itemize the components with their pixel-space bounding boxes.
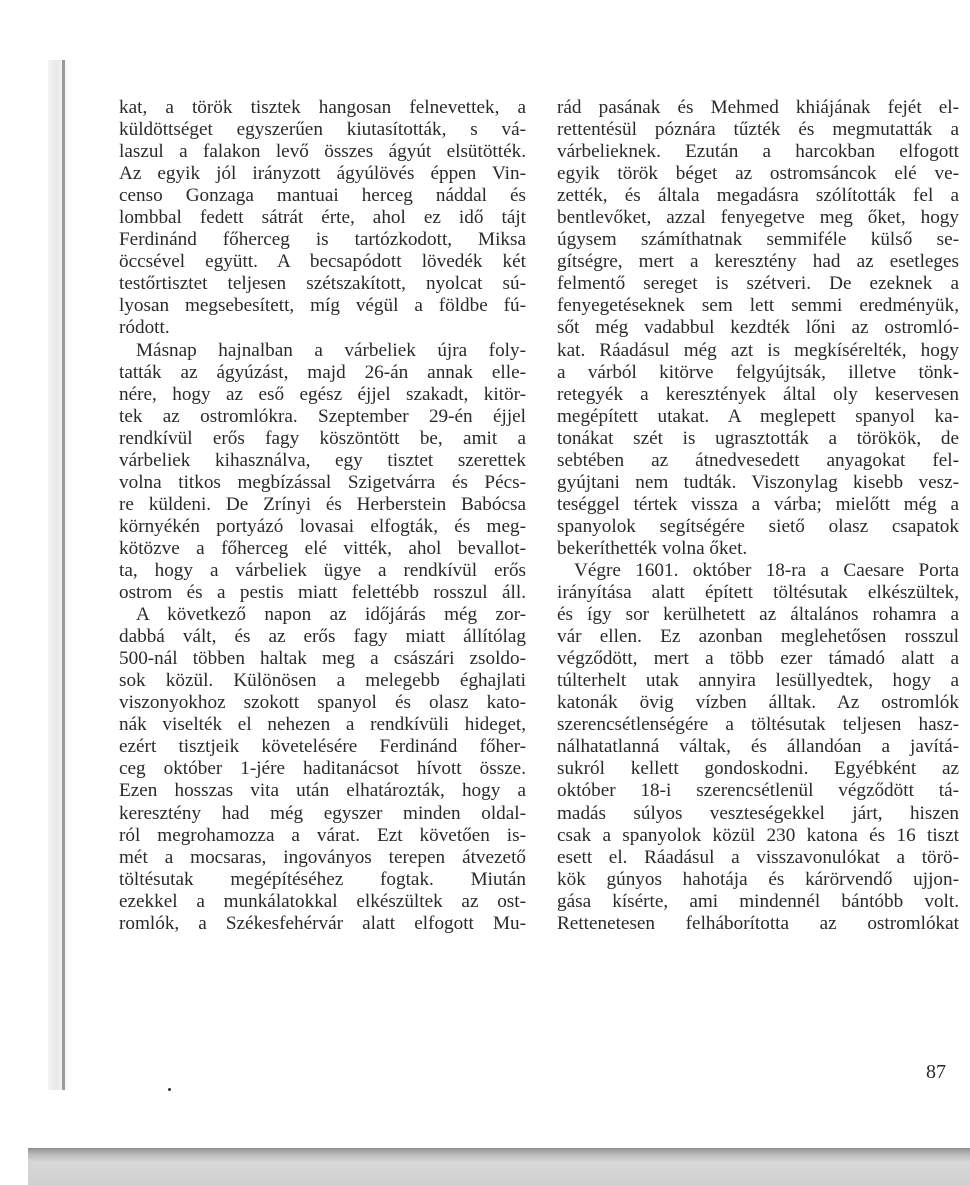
text-line: kat, a török tisztek hangosan felnevette…: [119, 97, 526, 119]
text-line: spanyolok segítségére siető olasz csapat…: [557, 516, 959, 538]
text-line: volna titkos megbízással Szigetvárra és …: [119, 472, 526, 494]
page-gutter-shadow: [48, 60, 68, 1090]
text-line: öccsével együtt. A becsapódott lövedék k…: [119, 251, 526, 273]
text-line: nálhatatlanná váltak, és állandóan a jav…: [557, 736, 959, 758]
text-line: kat. Ráadásul még azt is megkísérelték, …: [557, 340, 959, 362]
text-line: vár ellen. Ez azonban meglehetősen rossz…: [557, 626, 959, 648]
text-line: várbelieknek. Ezután a harcokban elfogot…: [557, 141, 959, 163]
text-line: re küldeni. De Zrínyi és Herberstein Bab…: [119, 494, 526, 516]
text-line: censo Gonzaga mantuai herceg náddal és: [119, 185, 526, 207]
left-text-column: kat, a török tisztek hangosan felnevette…: [119, 97, 526, 935]
page-gutter-edge: [62, 60, 65, 1090]
text-line: bentlevőket, azzal fenyegetve meg őket, …: [557, 207, 959, 229]
text-line: rettentésül póznára tűzték és megmutattá…: [557, 119, 959, 141]
text-line: egyik török béget az ostromsáncok elé ve…: [557, 163, 959, 185]
text-line: küldöttséget egyszerűen kiutasították, s…: [119, 119, 526, 141]
text-line: felmentő sereget is szétveri. De ezeknek…: [557, 273, 959, 295]
text-line: október 18-i szerencsétlenül végződött t…: [557, 780, 959, 802]
text-line: viszonyokhoz szokott spanyol és olasz ka…: [119, 692, 526, 714]
page-bottom-edge: [28, 1148, 970, 1185]
text-line: sukról kellett gondoskodni. Egyébként az: [557, 758, 959, 780]
text-line: romlók, a Székesfehérvár alatt elfogott …: [119, 913, 526, 935]
text-line: töltésutak megépítéséhez fogtak. Miután: [119, 869, 526, 891]
text-line: fenyegetéseknek sem lett semmi eredményü…: [557, 295, 959, 317]
text-line: ta, hogy a várbeliek ügye a rendkívül er…: [119, 560, 526, 582]
text-line: nák viselték el nehezen a rendkívüli hid…: [119, 714, 526, 736]
text-line: Rettenetesen felháborította az ostromlók…: [557, 913, 959, 935]
scan-speck: [168, 1088, 171, 1091]
text-line: irányítása alatt épített töltésutak elké…: [557, 582, 959, 604]
text-line: testőrtisztet teljesen szétszakított, ny…: [119, 273, 526, 295]
text-line: mét a mocsaras, ingoványos terepen átvez…: [119, 847, 526, 869]
right-text-column: rád pasának és Mehmed khiájának fejét el…: [557, 97, 959, 935]
text-line: ceg október 1-jére haditanácsot hívott ö…: [119, 758, 526, 780]
text-line: Az egyik jól irányzott ágyúlövés éppen V…: [119, 163, 526, 185]
text-line: lombbal fedett sátrát érte, ahol ez idő …: [119, 207, 526, 229]
text-line: esett el. Ráadásul a visszavonulókat a t…: [557, 847, 959, 869]
text-line: rád pasának és Mehmed khiájának fejét el…: [557, 97, 959, 119]
text-line: kötözve a főherceg elé vitték, ahol beva…: [119, 538, 526, 560]
text-line: végződött, mert a több ezer támadó alatt…: [557, 648, 959, 670]
text-line: bekeríthették volna őket.: [557, 538, 959, 560]
text-line: kök gúnyos hahotája és kárörvendő ujjon-: [557, 869, 959, 891]
text-line: tatták az ágyúzást, majd 26-án annak ell…: [119, 362, 526, 384]
text-line: dabbá vált, és az erős fagy miatt állító…: [119, 626, 526, 648]
text-line: a várból kitörve felgyújtsák, illetve tö…: [557, 362, 959, 384]
text-line: gítségre, mert a keresztény had az esetl…: [557, 251, 959, 273]
text-line: keresztény had még egyszer minden oldal-: [119, 803, 526, 825]
text-line: ostrom és a pestis miatt felettébb rossz…: [119, 582, 526, 604]
text-line: nére, hogy az eső egész éjjel szakadt, k…: [119, 384, 526, 406]
text-line: csak a spanyolok közül 230 katona és 16 …: [557, 825, 959, 847]
paragraph-start-line: A következő napon az időjárás még zor-: [119, 604, 526, 626]
text-line: ezekkel a munkálatokkal elkészültek az o…: [119, 891, 526, 913]
text-line: gyújtani nem tudták. Viszonylag kisebb v…: [557, 472, 959, 494]
text-line: úgysem számíthatnak semmiféle külső se-: [557, 229, 959, 251]
text-line: ródott.: [119, 317, 526, 339]
text-line: 500-nál többen haltak meg a császári zso…: [119, 648, 526, 670]
text-line: sebtében az átnedvesedett anyagokat fel-: [557, 450, 959, 472]
text-line: és így sor kerülhetett az általános roha…: [557, 604, 959, 626]
text-line: zették, és általa megadásra szólították …: [557, 185, 959, 207]
text-line: madás súlyos veszteségekkel járt, hiszen: [557, 803, 959, 825]
paragraph-start-line: Másnap hajnalban a várbeliek újra foly-: [119, 340, 526, 362]
text-line: ezért tisztjeik követelésére Ferdinánd f…: [119, 736, 526, 758]
text-line: sok közül. Különösen a melegebb éghajlat…: [119, 670, 526, 692]
text-line: katonák övig vízben álltak. Az ostromlók: [557, 692, 959, 714]
paragraph-start-line: Végre 1601. október 18-ra a Caesare Port…: [557, 560, 959, 582]
page-number: 87: [926, 1061, 946, 1084]
text-line: rendkívül erős fagy köszöntött be, amit …: [119, 428, 526, 450]
text-line: megépített utakat. A meglepett spanyol k…: [557, 406, 959, 428]
text-line: várbeliek kihasználva, egy tisztet szere…: [119, 450, 526, 472]
text-line: teséggel tértek vissza a várba; mielőtt …: [557, 494, 959, 516]
text-line: gása kísérte, ami mindennél bántóbb volt…: [557, 891, 959, 913]
text-line: Ferdinánd főherceg is tartózkodott, Miks…: [119, 229, 526, 251]
text-line: retegyék a keresztények által oly keserv…: [557, 384, 959, 406]
text-line: ról megrohamozza a várat. Ezt követően i…: [119, 825, 526, 847]
text-line: tonákat szét is ugrasztották a törökök, …: [557, 428, 959, 450]
text-line: szerencsétlenségére a töltésutak teljese…: [557, 714, 959, 736]
text-line: Ezen hosszas vita után elhatározták, hog…: [119, 780, 526, 802]
text-line: környékén portyázó lovasai elfogták, és …: [119, 516, 526, 538]
text-line: tek az ostromlókra. Szeptember 29-én éjj…: [119, 406, 526, 428]
text-line: laszul a falakon levő összes ágyút elsüt…: [119, 141, 526, 163]
text-line: lyosan megsebesített, míg végül a földbe…: [119, 295, 526, 317]
text-line: sőt még vadabbul kezdték lőni az ostroml…: [557, 317, 959, 339]
text-line: túlterhelt utak annyira lesüllyedtek, ho…: [557, 670, 959, 692]
